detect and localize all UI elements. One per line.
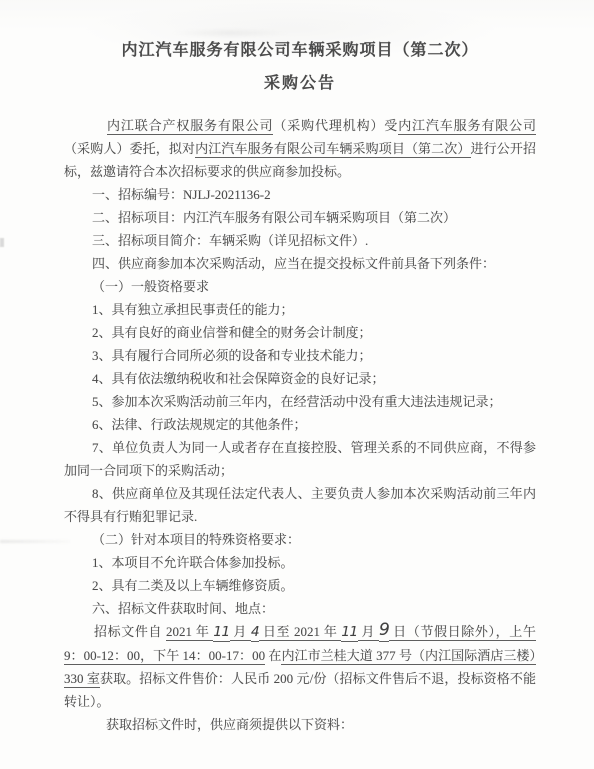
agency-note: （采购代理机构）受	[273, 118, 398, 133]
special-requirement-2: 2、具有二类及以上车辆维修资质。	[64, 574, 536, 597]
general-requirement-5: 5、参加本次采购活动前三年内，在经营活动中没有重大违法违规记录；	[64, 390, 536, 413]
obtain-month-char-2: 月	[358, 624, 379, 641]
scan-edge-mark	[0, 238, 4, 247]
purchaser-name: 内江汽车服务有限公司	[398, 118, 536, 135]
obtain-to-span: 日至 2021 年	[259, 624, 341, 641]
obtain-tail: 获取。招标文件售价：人民币 200 元/份（招标文件售后不退，投标资格不能转让）…	[64, 671, 536, 709]
document-body: 内江联合产权服务有限公司（采购代理机构）受内江汽车服务有限公司（采购人）委托，拟…	[64, 114, 536, 736]
special-requirement-1: 1、本项目不允许联合体参加投标。	[64, 551, 536, 574]
clause-supplier-conditions: 四、供应商参加本次采购活动，应当在提交投标文件前具备下列条件：	[64, 252, 536, 275]
page-title-line1: 内江汽车服务有限公司车辆采购项目（第二次）	[64, 38, 536, 64]
obtain-from-year: 2021 年	[166, 624, 213, 641]
clause-tender-project: 二、招标项目：内江汽车服务有限公司车辆采购项目（第二次）	[64, 206, 536, 229]
obtain-prefix: 招标文件自	[94, 624, 166, 639]
general-requirement-7: 7、单位负责人为同一人或者存在直接控股、管理关系的不同供应商，不得参加同一合同项…	[64, 436, 536, 482]
agency-name: 内江联合产权服务有限公司	[107, 118, 273, 135]
doc-acquisition-heading: 六、招标文件获取时间、地点：	[64, 597, 536, 620]
general-requirement-8: 8、供应商单位及其现任法定代表人、主要负责人参加本次采购活动前三年内不得具有行贿…	[64, 482, 536, 528]
clause-project-brief: 三、招标项目简介：车辆采购（详见招标文件）.	[64, 229, 536, 252]
project-name: 内江汽车服务有限公司车辆采购项目（第二次）	[195, 141, 470, 158]
handwritten-to-month: 11	[341, 624, 357, 642]
special-requirements-heading: （二）针对本项目的特殊资格要求：	[64, 528, 536, 551]
scanned-document-page: 内江汽车服务有限公司车辆采购项目（第二次） 采购公告 内江联合产权服务有限公司（…	[0, 0, 594, 769]
page-title-line2: 采购公告	[64, 71, 536, 97]
clause-tender-number: 一、招标编号：NJLJ-2021136-2	[64, 183, 536, 206]
purchaser-note: （采购人）委托，拟对	[64, 141, 195, 156]
general-requirement-1: 1、具有独立承担民事责任的能力；	[64, 298, 536, 321]
intro-paragraph: 内江联合产权服务有限公司（采购代理机构）受内江汽车服务有限公司（采购人）委托，拟…	[64, 114, 536, 183]
doc-materials-note: 获取招标文件时，供应商须提供以下资料：	[64, 713, 536, 736]
general-requirement-2: 2、具有良好的商业信誉和健全的财务会计制度；	[64, 321, 536, 344]
handwritten-from-day: 4	[251, 624, 259, 642]
scan-streak	[0, 540, 70, 543]
handwritten-to-day: 9	[379, 620, 389, 642]
obtain-month-char-1: 月	[230, 624, 251, 641]
scan-smudge	[170, 28, 290, 38]
handwritten-from-month: 11	[213, 624, 229, 642]
document-content: 内江汽车服务有限公司车辆采购项目（第二次） 采购公告 内江联合产权服务有限公司（…	[64, 38, 536, 736]
general-requirement-4: 4、具有依法缴纳税收和社会保障资金的良好记录；	[64, 367, 536, 390]
obtain-at-char: 在	[265, 648, 281, 663]
general-requirement-3: 3、具有履行合同所必须的设备和专业技术能力；	[64, 344, 536, 367]
general-requirement-6: 6、法律、行政法规规定的其他条件；	[64, 413, 536, 436]
general-requirements-heading: （一）一般资格要求	[64, 275, 536, 298]
doc-acquisition-paragraph: 招标文件自 2021 年 11 月 4 日至 2021 年 11 月 9 日（节…	[64, 620, 536, 713]
